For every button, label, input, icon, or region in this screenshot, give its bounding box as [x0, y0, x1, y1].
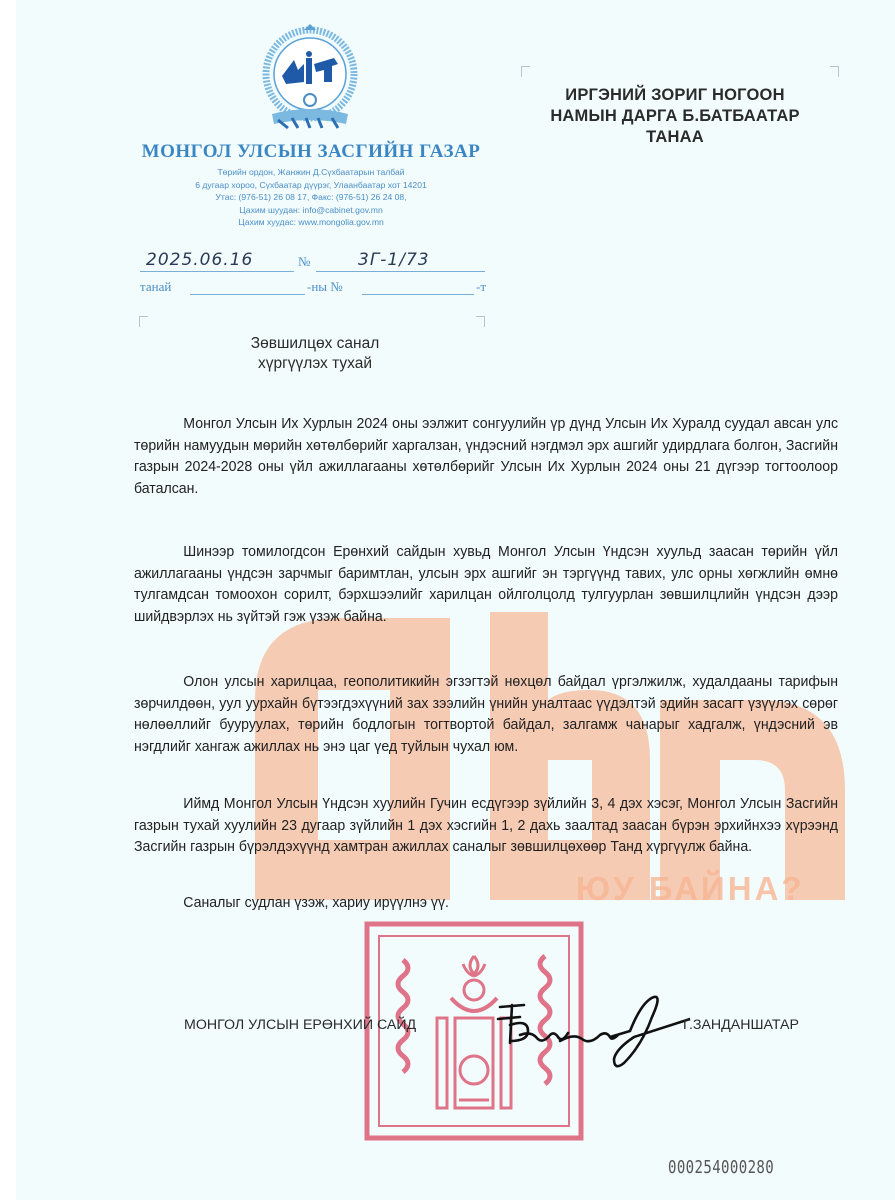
body-paragraph: Иймд Монгол Улсын Үндсэн хуулийн Гучин е…	[134, 793, 789, 858]
organization-contact-info: Төрийн ордон, Жанжин Д.Сүхбаатарын талба…	[138, 166, 484, 229]
website-line: Цахим хуудас: www.mongolia.gov.mn	[138, 216, 484, 229]
address-line: Төрийн ордон, Жанжин Д.Сүхбаатарын талба…	[138, 166, 484, 179]
addressee-corner-mark	[830, 66, 839, 77]
number-underline	[316, 271, 485, 272]
watermark-tagline: ЮУ БАЙНА?	[576, 870, 805, 908]
ref-prefix: танай	[140, 279, 171, 295]
addressee-line: ИРГЭНИЙ ЗОРИГ НОГООН	[530, 85, 820, 106]
addressee-line: ТАНАА	[530, 127, 820, 148]
letter-subject: Зөвшилцөх санал хүргүүлэх тухай	[180, 334, 450, 374]
subject-corner-mark	[476, 316, 485, 327]
addressee-corner-mark	[521, 66, 530, 77]
ref-suffix: -т	[476, 279, 486, 295]
subject-corner-mark	[139, 316, 148, 327]
body-paragraph: Монгол Улсын Их Хурлын 2024 оны ээлжит с…	[134, 413, 789, 499]
signer-title: МОНГОЛ УЛСЫН ЕРӨНХИЙ САЙД	[184, 1017, 416, 1033]
reference-row: танай -ны № -т	[140, 279, 485, 299]
addressee: ИРГЭНИЙ ЗОРИГ НОГООН НАМЫН ДАРГА Б.БАТБА…	[530, 85, 820, 148]
subject-line: хүргүүлэх тухай	[180, 354, 450, 374]
signer-name: Г.ЗАНДАНШАТАР	[683, 1017, 799, 1033]
registration-row: 2025.06.16 № 3Г-1/73	[140, 250, 485, 272]
subject-line: Зөвшилцөх санал	[180, 334, 450, 354]
document-date: 2025.06.16	[146, 250, 253, 270]
body-paragraph: Шинээр томилогдсон Ерөнхий сайдын хувьд …	[134, 541, 789, 627]
handwritten-signature-icon	[490, 995, 690, 1070]
ref-middle: -ны №	[307, 279, 343, 295]
address-line: 6 дугаар хороо, Сүхбаатар дүүрэг, Улаанб…	[138, 179, 484, 192]
serial-number: 000254000280	[668, 1157, 774, 1178]
document-number: 3Г-1/73	[358, 250, 430, 270]
mongolia-state-emblem-icon	[258, 24, 362, 136]
organization-title: МОНГОЛ УЛСЫН ЗАСГИЙН ГАЗАР	[138, 141, 484, 163]
ref-number-underline	[362, 294, 474, 295]
ref-date-underline	[190, 294, 305, 295]
addressee-line: НАМЫН ДАРГА Б.БАТБААТАР	[530, 106, 820, 127]
phone-fax-line: Утас: (976-51) 26 08 17, Факс: (976-51) …	[138, 191, 484, 204]
email-line: Цахим шуудан: info@cabinet.gov.mn	[138, 204, 484, 217]
number-label: №	[298, 254, 310, 270]
body-paragraph: Олон улсын харилцаа, геополитикийн эгзэг…	[134, 671, 789, 757]
date-underline	[140, 271, 294, 272]
